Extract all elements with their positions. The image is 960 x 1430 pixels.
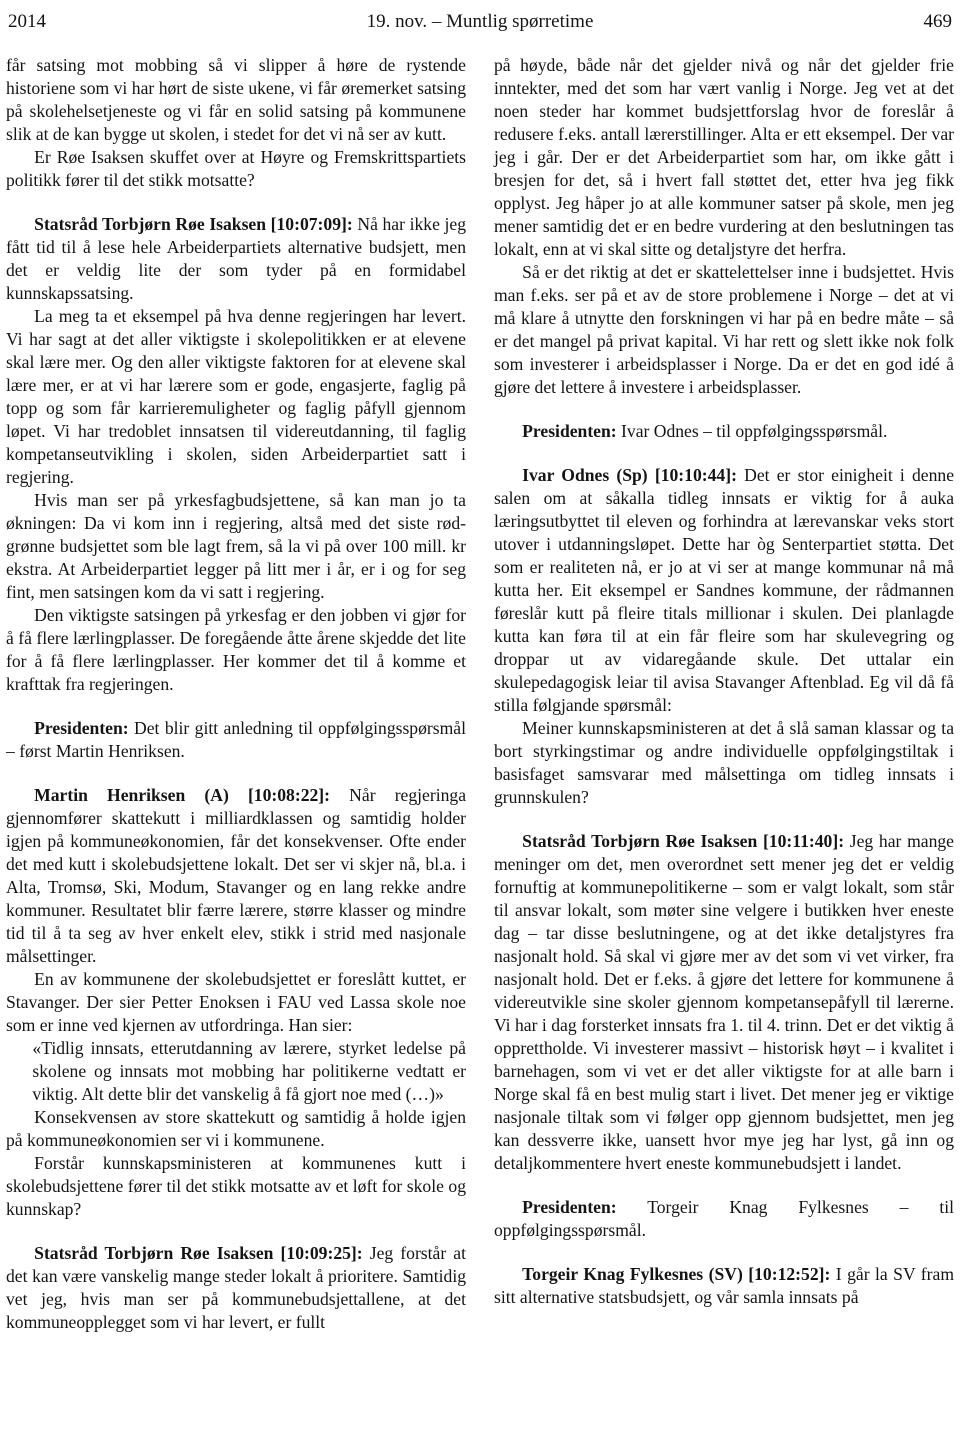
header-page-number: 469 <box>593 10 952 34</box>
paragraph: En av kommunene der skolebudsjettet er f… <box>6 968 466 1037</box>
paragraph-text: Den viktigste satsingen på yrkesfag er d… <box>6 605 466 694</box>
speaker-name: Ivar Odnes (Sp) [10:10:44]: <box>522 465 737 485</box>
text-columns: får satsing mot mobbing så vi slipper å … <box>6 54 954 1334</box>
paragraph-text: En av kommunene der skolebudsjettet er f… <box>6 969 466 1035</box>
right-column: på høyde, både når det gjelder nivå og n… <box>494 54 954 1334</box>
speech-paragraph: Statsråd Torbjørn Røe Isaksen [10:07:09]… <box>6 213 466 305</box>
paragraph-text: Så er det riktig at det er skattelettels… <box>494 262 954 397</box>
speaker-name: Martin Henriksen (A) [10:08:22]: <box>34 785 330 805</box>
speaker-name: Statsråd Torbjørn Røe Isaksen [10:09:25]… <box>34 1243 362 1263</box>
speech-paragraph: Statsråd Torbjørn Røe Isaksen [10:09:25]… <box>6 1242 466 1334</box>
page-header: 2014 19. nov. – Muntlig spørretime 469 <box>8 10 952 34</box>
paragraph: Er Røe Isaksen skuffet over at Høyre og … <box>6 146 466 192</box>
speech-paragraph: Ivar Odnes (Sp) [10:10:44]: Det er stor … <box>494 464 954 717</box>
speech-text: Når regjeringa gjennomfører skattekutt i… <box>6 785 466 966</box>
quote-paragraph: «Tidlig innsats, etterutdanning av lærer… <box>32 1037 466 1106</box>
header-year: 2014 <box>8 10 367 34</box>
speaker-name: Statsråd Torbjørn Røe Isaksen [10:07:09]… <box>34 214 353 234</box>
paragraph: får satsing mot mobbing så vi slipper å … <box>6 54 466 146</box>
speech-paragraph: Torgeir Knag Fylkesnes (SV) [10:12:52]: … <box>494 1263 954 1309</box>
speech-paragraph: Presidenten: Torgeir Knag Fylkesnes – ti… <box>494 1196 954 1242</box>
paragraph-text: Hvis man ser på yrkesfagbudsjettene, så … <box>6 490 466 602</box>
speech-text: Ivar Odnes – til oppfølgingsspørsmål. <box>617 421 888 441</box>
paragraph-text: La meg ta et eksempel på hva denne regje… <box>6 306 466 487</box>
paragraph: på høyde, både når det gjelder nivå og n… <box>494 54 954 261</box>
paragraph-text: Er Røe Isaksen skuffet over at Høyre og … <box>6 147 466 190</box>
speech-text: Jeg har mange meninger om det, men overo… <box>494 831 954 1173</box>
speaker-name: Presidenten: <box>522 421 616 441</box>
paragraph-text: Forstår kunnskapsministeren at kommunene… <box>6 1153 466 1219</box>
header-title: 19. nov. – Muntlig spørretime <box>367 10 594 34</box>
paragraph-text: får satsing mot mobbing så vi slipper å … <box>6 55 466 144</box>
paragraph: Den viktigste satsingen på yrkesfag er d… <box>6 604 466 696</box>
speaker-name: Torgeir Knag Fylkesnes (SV) [10:12:52]: <box>522 1264 830 1284</box>
paragraph: Forstår kunnskapsministeren at kommunene… <box>6 1152 466 1221</box>
paragraph: Så er det riktig at det er skattelettels… <box>494 261 954 399</box>
document-page: 2014 19. nov. – Muntlig spørretime 469 f… <box>0 0 960 1430</box>
paragraph-text: på høyde, både når det gjelder nivå og n… <box>494 55 954 259</box>
speech-text: Det er stor einigheit i denne salen om a… <box>494 465 954 715</box>
speaker-name: Presidenten: <box>34 718 128 738</box>
paragraph-text: Konsekvensen av store skattekutt og samt… <box>6 1107 466 1150</box>
paragraph-text: Meiner kunnskapsministeren at det å slå … <box>494 718 954 807</box>
speaker-name: Presidenten: <box>522 1197 616 1217</box>
speech-paragraph: Martin Henriksen (A) [10:08:22]: Når reg… <box>6 784 466 968</box>
speech-paragraph: Presidenten: Det blir gitt anledning til… <box>6 717 466 763</box>
paragraph: Meiner kunnskapsministeren at det å slå … <box>494 717 954 809</box>
paragraph: Konsekvensen av store skattekutt og samt… <box>6 1106 466 1152</box>
speech-paragraph: Statsråd Torbjørn Røe Isaksen [10:11:40]… <box>494 830 954 1175</box>
speech-paragraph: Presidenten: Ivar Odnes – til oppfølging… <box>494 420 954 443</box>
quote-text: «Tidlig innsats, etterutdanning av lærer… <box>32 1038 466 1104</box>
left-column: får satsing mot mobbing så vi slipper å … <box>6 54 466 1334</box>
paragraph: La meg ta et eksempel på hva denne regje… <box>6 305 466 489</box>
paragraph: Hvis man ser på yrkesfagbudsjettene, så … <box>6 489 466 604</box>
speaker-name: Statsråd Torbjørn Røe Isaksen [10:11:40]… <box>522 831 844 851</box>
